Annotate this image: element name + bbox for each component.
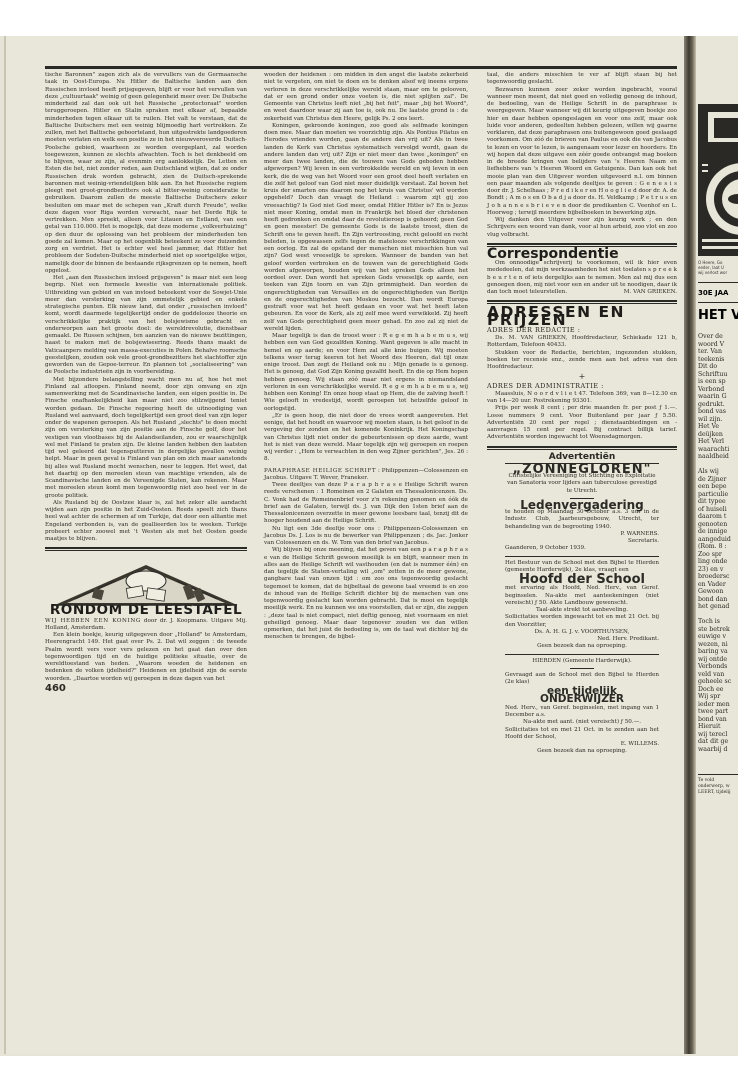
column-1: tische Baronnen" zagen zich als de vervu… <box>45 72 247 692</box>
review-paragraph: Nu ligt een 3de deeltje voor ons : Phili… <box>264 526 468 548</box>
adjacent-text-line: wil zijn. <box>698 416 731 424</box>
adjacent-text-line: Zoo spr <box>698 551 731 559</box>
adjacent-text-line: bond dan <box>698 596 731 604</box>
adjacent-text-line: daarom t <box>698 513 731 521</box>
ad-signer: P. WARNERS. <box>505 531 659 538</box>
adjacent-text-line: wij ontde <box>698 656 731 664</box>
correspondentie-text: Om onnoodige schrijverij te voorkomen, w… <box>487 260 677 296</box>
ad-short-rule <box>570 668 594 669</box>
review-paragraph: Een klein boekje, keurig uitgegeven door… <box>45 632 247 683</box>
adjacent-text-line: Over de <box>698 333 731 341</box>
book-title: WIJ HEBBEN EEN KONING <box>45 618 141 624</box>
ad-onderwijzer-intro: Gevraagd aan de School met den Bijbel te… <box>505 672 659 687</box>
adjacent-text-line: Als wij <box>698 468 731 476</box>
ad-school-text: met ervaring als Hoofd, Ned. Herv., van … <box>505 585 659 607</box>
review-paragraph: Bezwaren kunnen zeer zeker worden ingebr… <box>487 87 677 218</box>
section-heading-correspondentie: Correspondentie <box>487 251 677 258</box>
adjacent-text-line: Hieruit <box>698 723 731 731</box>
adjacent-text-line: twee part <box>698 708 731 716</box>
column-2: woeden der heidenen : om midden in den a… <box>264 72 468 642</box>
adjacent-text-line: bond van <box>698 716 731 724</box>
adjacent-text-line: dat dit ge <box>698 738 731 746</box>
adjacent-text-line: de innige <box>698 528 731 536</box>
review-paragraph: taal, die anders misschien te ver af bli… <box>487 72 677 87</box>
adjacent-rule <box>698 774 738 775</box>
adjacent-text-line: (Rom. 8 : <box>698 543 731 551</box>
adjacent-text-line: Verbond <box>698 386 731 394</box>
review-paragraph: Twee deeltjes van deze P a r a p h r a s… <box>264 482 468 526</box>
ad-footer: Geen bezoek dan na oproeping. <box>505 643 659 650</box>
adjacent-text-line <box>698 611 731 619</box>
ad-place-date: Gaanderen, 9 October 1939. <box>505 545 659 552</box>
review-paragraph: Koningen, gekroonde koningen, zoo goed a… <box>264 123 468 333</box>
ad-ledenvergadering-heading: Ledenvergadering <box>505 502 659 509</box>
review-paragraph: woeden der heidenen : om midden in den a… <box>264 72 468 123</box>
adjacent-heading: HET V <box>698 308 738 323</box>
administratie-text: Maassluis, N o o r d v l i e t 47. Telef… <box>487 391 677 406</box>
ad-onderwijzer-text: Sollicitaties tot en met 21 Oct. in te z… <box>505 727 659 742</box>
review-paragraph: Wij blijven bij onze meening, dat het ge… <box>264 547 468 641</box>
ad-ledenvergadering-text: te houden op Maandag 30 October a.s. 3 u… <box>505 509 659 531</box>
adjacent-text-line: waarin G <box>698 393 731 401</box>
adjacent-text-line: teekenis <box>698 356 731 364</box>
article-paragraph: Met bijzondere belangstelling wacht men … <box>45 377 247 500</box>
adjacent-text-line: wezen, ni <box>698 641 731 649</box>
section-heading-leestafel: RONDOM DE LEESTAFEL <box>45 607 247 614</box>
adjacent-text-line: of huiseli <box>698 506 731 514</box>
adjacent-page: O Heere, Go eeder, laat U wij verlost wo… <box>696 36 738 1054</box>
top-rule <box>45 66 677 69</box>
adjacent-text-line: particulie <box>698 491 731 499</box>
cover-caption: O Heere, Go eeder, laat U wij verlost wo… <box>698 260 727 275</box>
ad-footer: Geen bezoek dan na oproeping. <box>505 748 659 755</box>
issue-label: 30E JAA <box>698 289 728 297</box>
review-paragraph: Wij danken den Uitgever voor zijn keurig… <box>487 217 677 239</box>
column-3: taal, die anders misschien te ver af bli… <box>487 72 677 756</box>
adjacent-footer: Te voldonderwerp, wLEERT, tijdelij <box>698 778 731 796</box>
adjacent-text-line: een bepe <box>698 483 731 491</box>
section-divider <box>487 446 677 450</box>
article-paragraph: Als Rusland bij de Oostzee klaar is, zal… <box>45 500 247 544</box>
page-number: 460 <box>45 685 247 692</box>
ad-onderwijzer-text: Na-akte met aant. (niet vereischt) ƒ 50.… <box>505 719 659 726</box>
book-title: PARAPHRASE HEILIGE SCHRIFT <box>264 468 376 474</box>
redactie-text: Stukken voor de Redactie, berichten, ing… <box>487 350 677 372</box>
adjacent-text-line: Wij spr <box>698 693 731 701</box>
administratie-text: Prijs per week 8 cent ; per drie maanden… <box>487 405 677 441</box>
ad-signer: Ds. A. H. G. J. v. VOORTHUYSEN, <box>505 629 659 636</box>
adjacent-text-line: woord V <box>698 341 731 349</box>
ad-zonnegloren-subtitle: Christelijke Vereeniging tot Stichting e… <box>505 473 659 495</box>
adjacent-footer-line: LEERT, tijdelij <box>698 790 731 796</box>
adjacent-text-line: ling onde <box>698 558 731 566</box>
adjacent-text-line: ter. Van <box>698 348 731 356</box>
adjacent-rule <box>698 282 738 283</box>
review-header: WIJ HEBBEN EEN KONING door dr. J. Koopma… <box>45 618 247 633</box>
adjacent-text-line: en Vader <box>698 581 731 589</box>
review-header: PARAPHRASE HEILIGE SCHRIFT : Philippenze… <box>264 468 468 483</box>
ad-signer-role: Secretaris. <box>505 538 659 545</box>
advertenties-heading: Advertentiën <box>505 454 659 461</box>
adjacent-text: Over dewoord Vter. VanteekenisDit doSchr… <box>698 333 731 753</box>
ad-place: HIERDEN (Gemeente Harderwijk). <box>505 658 659 665</box>
adjacent-text-line: is een sp <box>698 378 731 386</box>
review-paragraph: „Er is geen hoop, die niet door de vrees… <box>264 413 468 464</box>
adjacent-text-line: waarbij d <box>698 746 731 754</box>
adjacent-text-line: veld van <box>698 671 731 679</box>
book-gutter <box>684 36 696 1054</box>
ad-signer: E. WILLEMS. <box>505 741 659 748</box>
adjacent-text-line: Verbonds <box>698 663 731 671</box>
adjacent-text-line: naaldheid <box>698 453 731 461</box>
ad-school-text: Sollicitaties worden ingewacht tot en me… <box>505 614 659 629</box>
review-paragraph: Maar tegelijk is dan de troost weer : R … <box>264 333 468 413</box>
section-heading-adressen: ADRESSEN EN PRIJZEN <box>487 309 677 324</box>
adjacent-text-line: Dit do <box>698 363 731 371</box>
advertisements: Advertentiën „ZONNEGLOREN" Christelijke … <box>505 454 659 756</box>
correspondentie-signature: M. VAN GRIEKEN. <box>616 289 677 296</box>
ornamental-cover-block <box>698 104 738 256</box>
adjacent-text-line: ieder men <box>698 701 731 709</box>
redactie-text: Ds. M. VAN GRIEKEN, Hoofdredacteur, Schi… <box>487 335 677 350</box>
adjacent-text-line: wij terecl <box>698 731 731 739</box>
adjacent-text-line: deüjken <box>698 431 731 439</box>
adjacent-text-line: Doch ee <box>698 686 731 694</box>
adjacent-text-line: Schriftuu <box>698 371 731 379</box>
adjacent-text-line: 23) en v <box>698 566 731 574</box>
adjacent-text-line: geheele sc <box>698 678 731 686</box>
ad-onderwijzer-title: een tijdelijk ONDERWIJZER <box>505 688 659 703</box>
article-paragraph: tische Baronnen" zagen zich als de vervu… <box>45 72 247 275</box>
ad-school-text: Taal-akte strekt tot aanbeveling. <box>505 607 659 614</box>
adjacent-text-line: broedersc <box>698 573 731 581</box>
books-table-illustration <box>45 559 247 607</box>
adjacent-rule <box>698 302 738 303</box>
adjacent-text-line <box>698 461 731 469</box>
adjacent-text-line: Het Verl <box>698 438 731 446</box>
ad-zonnegloren-title: „ZONNEGLOREN" <box>505 466 659 473</box>
adjacent-text-line: aangeduid <box>698 536 731 544</box>
adjacent-text-line: dit typee <box>698 498 731 506</box>
adjacent-text-line: Toch is <box>698 618 731 626</box>
adjacent-text-line: waarachti <box>698 446 731 454</box>
plus-separator: + <box>487 373 677 380</box>
adjacent-text-line: euwige v <box>698 633 731 641</box>
adjacent-text-line: bond vas <box>698 408 731 416</box>
article-paragraph: Het „aan den Russischen invloed prijsgev… <box>45 275 247 377</box>
ad-hoofd-der-school-title: Hoofd der School <box>505 576 659 583</box>
ad-onderwijzer-text: Ned. Herv., van Geref. beginselen, met i… <box>505 705 659 720</box>
redactie-label: ADRES DER REDACTIE : <box>487 327 677 334</box>
adjacent-text-line: Gewoon <box>698 588 731 596</box>
adjacent-text-line: ste betrek <box>698 626 731 634</box>
adjacent-text-line: Het Ve <box>698 423 731 431</box>
administratie-label: ADRES DER ADMINISTRATIE : <box>487 383 677 390</box>
adjacent-text-line: genooten <box>698 521 731 529</box>
ad-divider <box>505 654 659 655</box>
adjacent-text-line: de Zijner <box>698 476 731 484</box>
adjacent-text-line: baring va <box>698 648 731 656</box>
ad-divider <box>505 556 659 557</box>
ad-signer-role: Ned. Herv. Predikant. <box>505 636 659 643</box>
section-divider <box>45 547 247 551</box>
adjacent-text-line: gedrukt. <box>698 401 731 409</box>
adjacent-text-line: het genad <box>698 603 731 611</box>
